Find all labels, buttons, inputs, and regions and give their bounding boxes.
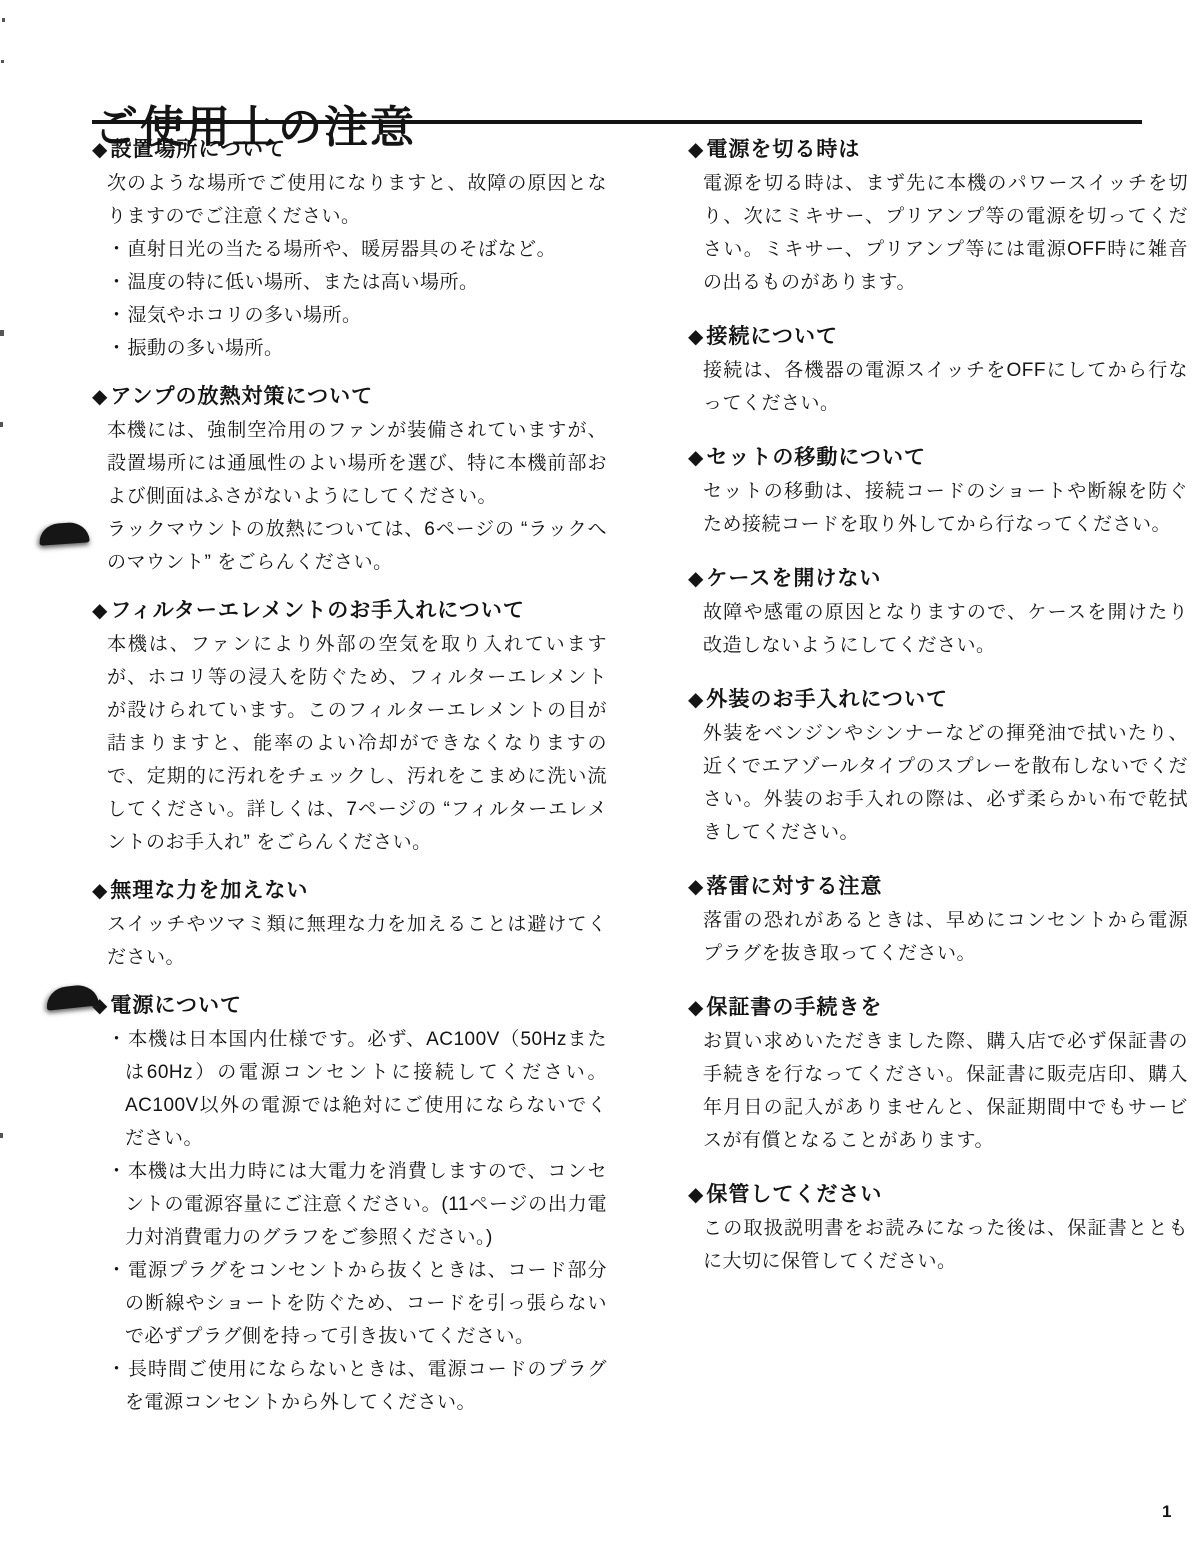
- section: ◆セットの移動についてセットの移動は、接続コードのショートや断線を防ぐため接続コ…: [688, 441, 1188, 541]
- manual-page: ご使用上の注意 ◆設置場所について次のような場所でご使用になりますと、故障の原因…: [0, 0, 1204, 1568]
- section-body: この取扱説明書をお読みになった後は、保証書とともに大切に保管してください。: [688, 1212, 1188, 1278]
- paragraph: 本機は、ファンにより外部の空気を取り入れていますが、ホコリ等の浸入を防ぐため、フ…: [107, 628, 607, 859]
- diamond-icon: ◆: [688, 689, 704, 711]
- section: ◆電源について・本機は日本国内仕様です。必ず、AC100V（50Hzまたは60H…: [92, 989, 607, 1419]
- diamond-icon: ◆: [688, 997, 704, 1019]
- bullet-text: 長時間ご使用にならないときは、電源コードのプラグを電源コンセントから外してくださ…: [125, 1359, 607, 1413]
- section-heading-text: 保証書の手続きを: [706, 996, 882, 1019]
- section-heading: ◆アンプの放熱対策について: [92, 380, 607, 414]
- section-heading-text: 電源について: [110, 994, 242, 1017]
- section-body: 本機は、ファンにより外部の空気を取り入れていますが、ホコリ等の浸入を防ぐため、フ…: [92, 628, 607, 859]
- section-heading-text: 保管してください: [706, 1183, 882, 1206]
- bullet-icon: ・: [107, 1029, 127, 1050]
- section: ◆無理な力を加えないスイッチやツマミ類に無理な力を加えることは避けてください。: [92, 874, 607, 974]
- bullet-item: ・直射日光の当たる場所や、暖房器具のそばなど。: [107, 233, 607, 266]
- section-heading: ◆接続について: [688, 320, 1188, 354]
- diamond-icon: ◆: [688, 568, 704, 590]
- section-heading: ◆無理な力を加えない: [92, 874, 607, 908]
- diamond-icon: ◆: [688, 876, 704, 898]
- section-heading: ◆外装のお手入れについて: [688, 683, 1188, 717]
- bullet-icon: ・: [107, 1260, 127, 1281]
- diamond-icon: ◆: [92, 139, 108, 161]
- section: ◆保管してくださいこの取扱説明書をお読みになった後は、保証書とともに大切に保管し…: [688, 1178, 1188, 1278]
- paragraph: ラックマウントの放熱については、6ページの “ラックへのマウント” をごらんくだ…: [107, 513, 607, 579]
- section-heading: ◆保証書の手続きを: [688, 991, 1188, 1025]
- section-heading: ◆ケースを開けない: [688, 562, 1188, 596]
- section-heading: ◆落雷に対する注意: [688, 870, 1188, 904]
- section-body: 接続は、各機器の電源スイッチをOFFにしてから行なってください。: [688, 354, 1188, 420]
- diamond-icon: ◆: [688, 139, 704, 161]
- diamond-icon: ◆: [688, 447, 704, 469]
- section-body: 故障や感電の原因となりますので、ケースを開けたり改造しないようにしてください。: [688, 596, 1188, 662]
- section-heading: ◆設置場所について: [92, 133, 607, 167]
- bullet-icon: ・: [107, 305, 127, 326]
- section-body: お買い求めいただきました際、購入店で必ず保証書の手続きを行なってください。保証書…: [688, 1025, 1188, 1157]
- diamond-icon: ◆: [688, 1184, 704, 1206]
- diamond-icon: ◆: [688, 326, 704, 348]
- section-body: ・本機は日本国内仕様です。必ず、AC100V（50Hzまたは60Hz）の電源コン…: [92, 1023, 607, 1419]
- section-heading-text: フィルターエレメントのお手入れについて: [110, 599, 524, 622]
- section: ◆設置場所について次のような場所でご使用になりますと、故障の原因となりますのでご…: [92, 133, 607, 365]
- bullet-icon: ・: [107, 239, 127, 260]
- bullet-item: ・湿気やホコリの多い場所。: [107, 299, 607, 332]
- section-heading-text: 設置場所について: [110, 138, 286, 161]
- paragraph: 接続は、各機器の電源スイッチをOFFにしてから行なってください。: [703, 354, 1188, 420]
- diamond-icon: ◆: [92, 880, 108, 902]
- scan-speck: [0, 330, 4, 336]
- scan-speck: [0, 1133, 3, 1138]
- paragraph: 故障や感電の原因となりますので、ケースを開けたり改造しないようにしてください。: [703, 596, 1188, 662]
- section-heading-text: 無理な力を加えない: [110, 879, 308, 902]
- section-body: セットの移動は、接続コードのショートや断線を防ぐため接続コードを取り外してから行…: [688, 475, 1188, 541]
- right-column: ◆電源を切る時は電源を切る時は、まず先に本機のパワースイッチを切り、次にミキサー…: [688, 133, 1188, 1299]
- section: ◆アンプの放熱対策について本機には、強制空冷用のファンが装備されていますが、設置…: [92, 380, 607, 579]
- section: ◆落雷に対する注意落雷の恐れがあるときは、早めにコンセントから電源プラグを抜き取…: [688, 870, 1188, 970]
- bullet-icon: ・: [107, 1161, 127, 1182]
- section-heading-text: セットの移動について: [706, 446, 926, 469]
- paragraph: スイッチやツマミ類に無理な力を加えることは避けてください。: [107, 908, 607, 974]
- paragraph: セットの移動は、接続コードのショートや断線を防ぐため接続コードを取り外してから行…: [703, 475, 1188, 541]
- section-heading-text: ケースを開けない: [706, 567, 881, 590]
- section-heading: ◆電源について: [92, 989, 607, 1023]
- section: ◆電源を切る時は電源を切る時は、まず先に本機のパワースイッチを切り、次にミキサー…: [688, 133, 1188, 299]
- bullet-item: ・本機は日本国内仕様です。必ず、AC100V（50Hzまたは60Hz）の電源コン…: [107, 1023, 607, 1155]
- paragraph: お買い求めいただきました際、購入店で必ず保証書の手続きを行なってください。保証書…: [703, 1025, 1188, 1157]
- bullet-text: 電源プラグをコンセントから抜くときは、コード部分の断線やショートを防ぐため、コー…: [125, 1260, 607, 1347]
- section-heading-text: 電源を切る時は: [706, 138, 860, 161]
- bullet-text: 本機は日本国内仕様です。必ず、AC100V（50Hzまたは60Hz）の電源コンセ…: [125, 1029, 607, 1149]
- scan-speck: [1, 60, 4, 63]
- section-heading: ◆電源を切る時は: [688, 133, 1188, 167]
- diamond-icon: ◆: [92, 386, 108, 408]
- diamond-icon: ◆: [92, 600, 108, 622]
- section: ◆外装のお手入れについて外装をベンジンやシンナーなどの揮発油で拭いたり、近くでエ…: [688, 683, 1188, 849]
- bullet-item: ・電源プラグをコンセントから抜くときは、コード部分の断線やショートを防ぐため、コ…: [107, 1254, 607, 1353]
- scan-speck: [2, 18, 5, 22]
- section-heading-text: 外装のお手入れについて: [706, 688, 948, 711]
- bullet-item: ・温度の特に低い場所、または高い場所。: [107, 266, 607, 299]
- section-body: 電源を切る時は、まず先に本機のパワースイッチを切り、次にミキサー、プリアンプ等の…: [688, 167, 1188, 299]
- section: ◆保証書の手続きをお買い求めいただきました際、購入店で必ず保証書の手続きを行なっ…: [688, 991, 1188, 1157]
- bullet-item: ・長時間ご使用にならないときは、電源コードのプラグを電源コンセントから外してくだ…: [107, 1353, 607, 1419]
- section-heading-text: 接続について: [706, 325, 838, 348]
- bullet-item: ・振動の多い場所。: [107, 332, 607, 365]
- section-body: 落雷の恐れがあるときは、早めにコンセントから電源プラグを抜き取ってください。: [688, 904, 1188, 970]
- section-heading: ◆セットの移動について: [688, 441, 1188, 475]
- page-number: 1: [1162, 1502, 1171, 1522]
- bullet-text: 振動の多い場所。: [128, 338, 284, 359]
- section: ◆ケースを開けない故障や感電の原因となりますので、ケースを開けたり改造しないよう…: [688, 562, 1188, 662]
- section: ◆接続について接続は、各機器の電源スイッチをOFFにしてから行なってください。: [688, 320, 1188, 420]
- bullet-item: ・本機は大出力時には大電力を消費しますので、コンセントの電源容量にご注意ください…: [107, 1155, 607, 1254]
- bullet-text: 本機は大出力時には大電力を消費しますので、コンセントの電源容量にご注意ください。…: [125, 1161, 607, 1248]
- left-column: ◆設置場所について次のような場所でご使用になりますと、故障の原因となりますのでご…: [92, 133, 607, 1434]
- paragraph: 次のような場所でご使用になりますと、故障の原因となりますのでご注意ください。: [107, 167, 607, 233]
- section-heading: ◆フィルターエレメントのお手入れについて: [92, 594, 607, 628]
- bullet-text: 温度の特に低い場所、または高い場所。: [128, 272, 479, 293]
- section-heading-text: 落雷に対する注意: [706, 875, 882, 898]
- bullet-icon: ・: [107, 272, 127, 293]
- section-body: 次のような場所でご使用になりますと、故障の原因となりますのでご注意ください。・直…: [92, 167, 607, 365]
- paragraph: この取扱説明書をお読みになった後は、保証書とともに大切に保管してください。: [703, 1212, 1188, 1278]
- section-body: 本機には、強制空冷用のファンが装備されていますが、設置場所には通風性のよい場所を…: [92, 414, 607, 579]
- bullet-icon: ・: [107, 338, 127, 359]
- section: ◆フィルターエレメントのお手入れについて本機は、ファンにより外部の空気を取り入れ…: [92, 594, 607, 859]
- section-heading: ◆保管してください: [688, 1178, 1188, 1212]
- section-body: 外装をベンジンやシンナーなどの揮発油で拭いたり、近くでエアゾールタイプのスプレー…: [688, 717, 1188, 849]
- scan-smudge: [45, 983, 99, 1010]
- paragraph: 電源を切る時は、まず先に本機のパワースイッチを切り、次にミキサー、プリアンプ等の…: [703, 167, 1188, 299]
- section-body: スイッチやツマミ類に無理な力を加えることは避けてください。: [92, 908, 607, 974]
- paragraph: 外装をベンジンやシンナーなどの揮発油で拭いたり、近くでエアゾールタイプのスプレー…: [703, 717, 1188, 849]
- section-heading-text: アンプの放熱対策について: [110, 385, 373, 408]
- paragraph: 落雷の恐れがあるときは、早めにコンセントから電源プラグを抜き取ってください。: [703, 904, 1188, 970]
- bullet-text: 湿気やホコリの多い場所。: [128, 305, 362, 326]
- paragraph: 本機には、強制空冷用のファンが装備されていますが、設置場所には通風性のよい場所を…: [107, 414, 607, 513]
- scan-speck: [0, 422, 3, 427]
- title-underline: [92, 120, 1142, 124]
- scan-smudge: [38, 521, 89, 545]
- bullet-icon: ・: [107, 1359, 127, 1380]
- bullet-text: 直射日光の当たる場所や、暖房器具のそばなど。: [128, 239, 557, 260]
